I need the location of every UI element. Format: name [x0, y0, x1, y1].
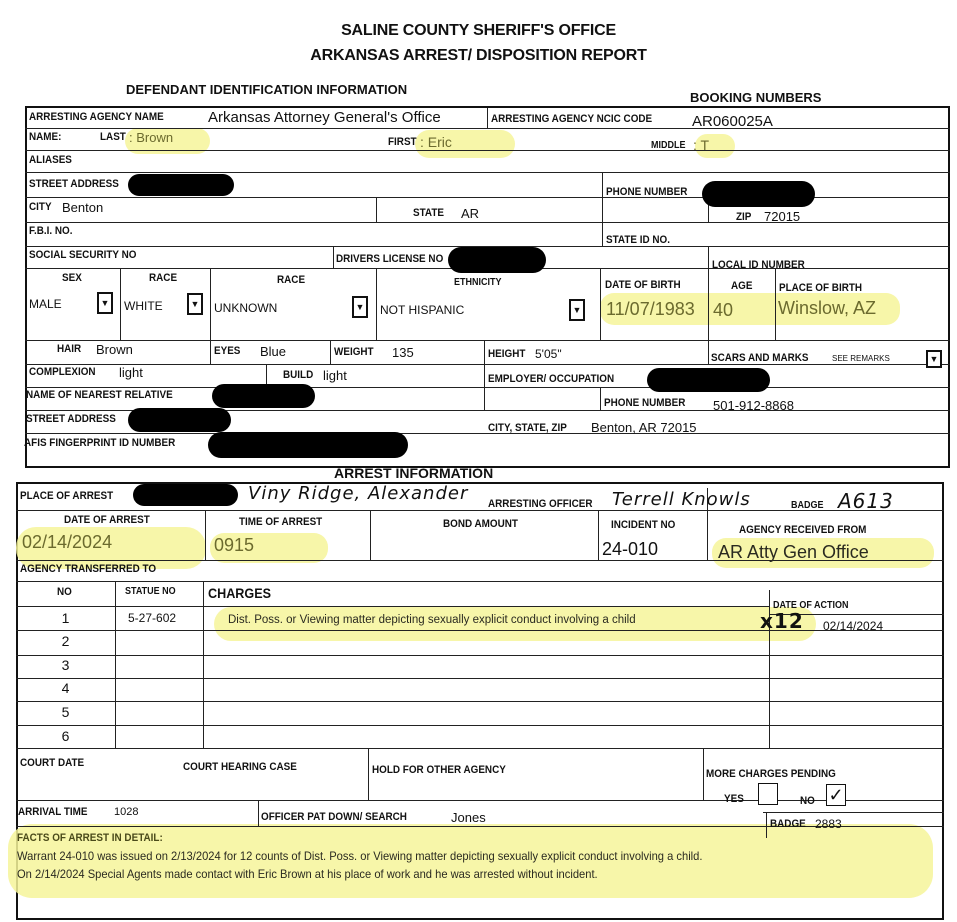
dob-label: DATE OF BIRTH: [605, 279, 681, 291]
arresting-officer-value: Terrell Knowls: [612, 489, 751, 510]
weight-label: WEIGHT: [334, 346, 374, 358]
ncic-code-label: ARRESTING AGENCY NCIC CODE: [491, 113, 652, 125]
sex-label: SEX: [62, 272, 82, 284]
city-value: Benton: [62, 200, 103, 215]
ncic-code-value: AR060025A: [692, 113, 773, 130]
facts-label: FACTS OF ARREST IN DETAIL:: [17, 832, 163, 844]
first-name-value: : Eric: [420, 134, 452, 150]
ssn-label: SOCIAL SECURITY NO: [29, 249, 136, 261]
charges-col-statute: STATUE NO: [125, 586, 176, 597]
agency-received-from-value: AR Atty Gen Office: [718, 542, 869, 563]
redaction: [212, 384, 315, 408]
last-name-label: LAST: [100, 131, 126, 143]
charges-col-no: NO: [57, 586, 72, 598]
yes-label: YES: [724, 793, 744, 805]
race-label: RACE: [149, 272, 177, 284]
state-id-label: STATE ID NO.: [606, 234, 670, 246]
charge-row-charge: Dist. Poss. or Viewing matter depicting …: [228, 614, 636, 626]
scars-value: SEE REMARKS: [832, 354, 890, 363]
charge-row-statute: 5-27-602: [128, 611, 176, 625]
officer-badge-value: A613: [838, 489, 894, 513]
arrest-section-title: ARREST INFORMATION: [334, 465, 493, 481]
officer-badge-label: BADGE: [791, 500, 824, 511]
hold-for-other-agency-label: HOLD FOR OTHER AGENCY: [372, 764, 506, 776]
more-charges-pending-label: MORE CHARGES PENDING: [706, 768, 836, 780]
bond-amount-label: BOND AMOUNT: [443, 518, 518, 530]
ethnicity-dropdown[interactable]: ▼: [569, 299, 585, 321]
pob-value: Winslow, AZ: [778, 298, 876, 319]
build-value: light: [323, 368, 347, 383]
date-of-arrest-label: DATE OF ARREST: [64, 514, 150, 526]
chevron-down-icon: ▼: [101, 298, 110, 308]
charge-row-no: 3: [16, 657, 115, 673]
middle-name-label: MIDDLE: [651, 140, 686, 151]
relative-phone-label: PHONE NUMBER: [604, 397, 685, 409]
time-of-arrest-label: TIME OF ARREST: [239, 516, 322, 528]
race2-dropdown[interactable]: ▼: [352, 296, 368, 318]
redaction: [702, 181, 815, 207]
court-date-label: COURT DATE: [20, 757, 84, 769]
race2-value: UNKNOWN: [214, 301, 277, 315]
charge-row-no: 1: [16, 610, 115, 626]
complexion-label: COMPLEXION: [29, 366, 96, 378]
middle-name-value: : T: [693, 137, 709, 153]
state-value: AR: [461, 206, 479, 221]
eyes-value: Blue: [260, 344, 286, 359]
place-of-arrest-value: Viny Ridge, Alexander: [248, 483, 468, 504]
incident-no-value: 24-010: [602, 539, 658, 560]
agency-received-from-label: AGENCY RECEIVED FROM: [739, 524, 866, 536]
relative-city-state-zip-value: Benton, AR 72015: [591, 420, 697, 435]
zip-label: ZIP: [736, 211, 751, 223]
facts-line-2: On 2/14/2024 Special Agents made contact…: [17, 867, 598, 881]
charge-row-no: 4: [16, 680, 115, 696]
no-label: NO: [800, 795, 815, 807]
charges-col-charges: CHARGES: [208, 585, 271, 601]
local-id-label: LOCAL ID NUMBER: [712, 259, 805, 271]
relative-street-label: STREET ADDRESS: [26, 413, 116, 425]
section-defendant-title: DEFENDANT IDENTIFICATION INFORMATION: [126, 82, 407, 97]
dob-value: 11/07/1983: [606, 299, 695, 320]
scars-label: SCARS AND MARKS: [711, 352, 809, 364]
time-of-arrest-value: 0915: [214, 535, 254, 556]
fbi-number-label: F.B.I. NO.: [29, 225, 72, 237]
ethnicity-label: ETHNICITY: [454, 277, 502, 288]
build-label: BUILD: [283, 369, 313, 381]
redaction: [133, 484, 238, 506]
charge-row-no: 2: [16, 633, 115, 649]
arresting-officer-label: ARRESTING OFFICER: [488, 498, 593, 510]
charge-row-count: x12: [760, 609, 804, 633]
race2-label: RACE: [277, 274, 305, 286]
height-label: HEIGHT: [488, 348, 525, 360]
sex-dropdown[interactable]: ▼: [97, 292, 113, 314]
date-of-arrest-value: 02/14/2024: [22, 532, 112, 553]
hair-label: HAIR: [57, 343, 81, 355]
court-hearing-case-label: COURT HEARING CASE: [183, 761, 297, 773]
search-badge-label: BADGE: [770, 818, 806, 830]
redaction: [647, 368, 770, 392]
booking-numbers-title: BOOKING NUMBERS: [690, 90, 821, 105]
pob-label: PLACE OF BIRTH: [779, 282, 862, 294]
city-label: CITY: [29, 201, 52, 213]
scars-dropdown[interactable]: ▼: [926, 350, 942, 368]
relative-phone-value: 501-912-8868: [713, 398, 794, 413]
redaction: [208, 432, 408, 458]
redaction: [128, 174, 234, 196]
no-checkbox[interactable]: ✓: [826, 784, 846, 806]
phone-number-label: PHONE NUMBER: [606, 186, 687, 198]
nearest-relative-label: NAME OF NEAREST RELATIVE: [26, 389, 173, 401]
zip-value: 72015: [764, 209, 800, 224]
name-label: NAME:: [29, 131, 61, 143]
relative-city-state-zip-label: CITY, STATE, ZIP: [488, 422, 567, 434]
drivers-license-label: DRIVERS LICENSE NO: [336, 253, 443, 265]
age-label: AGE: [731, 280, 752, 292]
charge-row-date: 02/14/2024: [823, 619, 883, 633]
charge-row-no: 5: [16, 704, 115, 720]
street-address-label: STREET ADDRESS: [29, 178, 119, 190]
redaction: [128, 408, 231, 432]
report-title: ARKANSAS ARREST/ DISPOSITION REPORT: [0, 47, 957, 65]
ethnicity-value: NOT HISPANIC: [380, 303, 464, 317]
weight-value: 135: [392, 345, 414, 360]
arresting-agency-name-value: Arkansas Attorney General's Office: [208, 109, 441, 126]
complexion-value: light: [119, 365, 143, 380]
yes-checkbox[interactable]: [758, 783, 778, 805]
employer-label: EMPLOYER/ OCCUPATION: [488, 373, 614, 385]
first-name-label: FIRST: [388, 136, 417, 148]
redaction: [448, 247, 546, 273]
race-value: WHITE: [124, 299, 163, 313]
age-value: 40: [713, 300, 733, 321]
arrival-time-label: ARRIVAL TIME: [18, 806, 87, 818]
facts-line-1: Warrant 24-010 was issued on 2/13/2024 f…: [17, 849, 702, 863]
height-value: 5'05": [535, 347, 562, 361]
place-of-arrest-label: PLACE OF ARREST: [20, 490, 113, 502]
aliases-label: ALIASES: [29, 154, 72, 166]
pat-down-value: Jones: [451, 810, 486, 825]
arrival-time-value: 1028: [114, 806, 138, 818]
eyes-label: EYES: [214, 345, 240, 357]
search-badge-value: 2883: [815, 817, 842, 831]
chevron-down-icon: ▼: [573, 305, 582, 315]
chevron-down-icon: ▼: [191, 299, 200, 309]
hair-value: Brown: [96, 342, 133, 357]
incident-no-label: INCIDENT NO: [611, 519, 675, 531]
agency-transferred-to-label: AGENCY TRANSFERRED TO: [20, 563, 156, 575]
arresting-agency-name-label: ARRESTING AGENCY NAME: [29, 111, 164, 123]
afis-label: AFIS FINGERPRINT ID NUMBER: [24, 437, 175, 449]
pat-down-label: OFFICER PAT DOWN/ SEARCH: [261, 811, 407, 823]
charge-row-no: 6: [16, 728, 115, 744]
sex-value: MALE: [29, 297, 62, 311]
report-agency-title: SALINE COUNTY SHERIFF'S OFFICE: [0, 22, 957, 40]
race-dropdown[interactable]: ▼: [187, 293, 203, 315]
chevron-down-icon: ▼: [930, 354, 939, 364]
state-label: STATE: [413, 207, 444, 219]
chevron-down-icon: ▼: [356, 302, 365, 312]
last-name-value: : Brown: [129, 130, 173, 145]
